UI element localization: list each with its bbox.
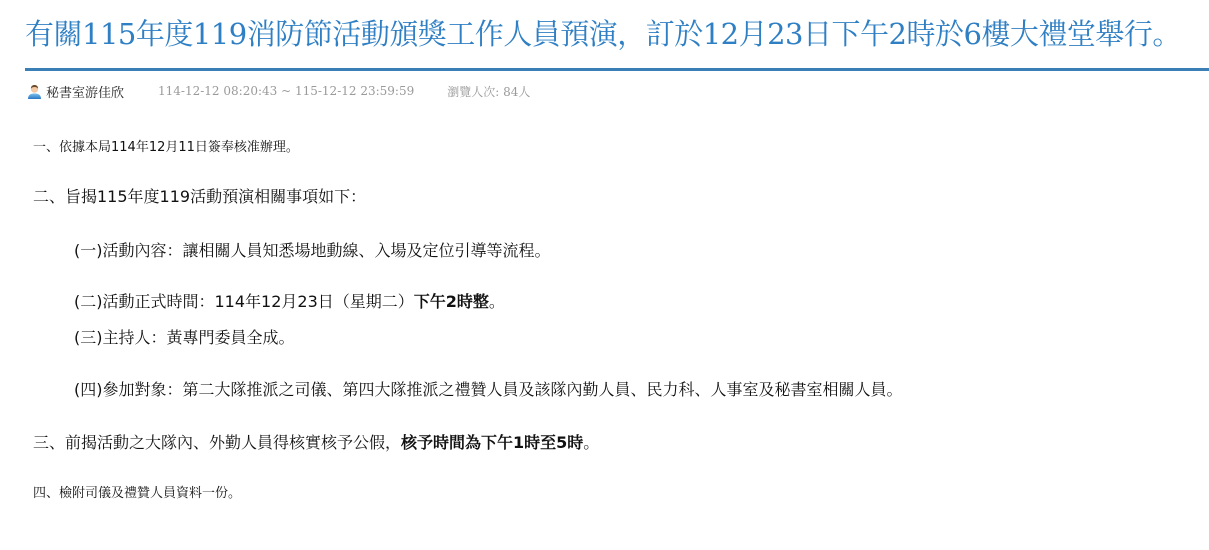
view-count: 瀏覽人次: 84人 <box>447 83 530 100</box>
item-3-emphasis: 核予時間為下午1時至5時 <box>401 433 583 452</box>
item-3-text: 三、前揭活動之大隊內、外勤人員得核實核予公假， <box>33 433 401 452</box>
item-4: 四、檢附司儀及禮贊人員資料一份。 <box>33 482 241 501</box>
sub-item-2: (二)活動正式時間：114年12月23日（星期二）下午2時整。 <box>74 289 505 312</box>
user-icon <box>27 84 42 99</box>
date-range: 114-12-12 08:20:43 ~ 115-12-12 23:59:59 <box>158 84 414 98</box>
sub-item-2-emphasis: 下午2時整 <box>414 292 489 311</box>
views-label: 瀏覽人次: <box>447 85 503 99</box>
sub-item-4: (四)參加對象：第二大隊推派之司儀、第四大隊推派之禮贊人員及該隊內勤人員、民力科… <box>74 377 903 400</box>
views-count: 84人 <box>503 85 530 99</box>
title-divider <box>25 68 1209 71</box>
post-meta: 秘書室游佳欣 114-12-12 08:20:43 ~ 115-12-12 23… <box>27 81 530 101</box>
sub-item-2-text: (二)活動正式時間：114年12月23日（星期二） <box>74 292 414 311</box>
sub-item-3: (三)主持人：黃專門委員全成。 <box>74 325 295 348</box>
author-name: 秘書室游佳欣 <box>46 82 124 101</box>
item-3-end: 。 <box>583 433 599 452</box>
item-1: 一、依據本局114年12月11日簽奉核准辦理。 <box>33 136 299 155</box>
page-title: 有關115年度119消防節活動頒獎工作人員預演，訂於12月23日下午2時於6樓大… <box>25 14 1209 54</box>
sub-item-1: (一)活動內容：讓相關人員知悉場地動線、入場及定位引導等流程。 <box>74 238 551 261</box>
sub-item-2-end: 。 <box>489 292 505 311</box>
item-3: 三、前揭活動之大隊內、外勤人員得核實核予公假，核予時間為下午1時至5時。 <box>33 430 599 453</box>
item-2: 二、旨揭115年度119活動預演相關事項如下： <box>33 184 366 207</box>
